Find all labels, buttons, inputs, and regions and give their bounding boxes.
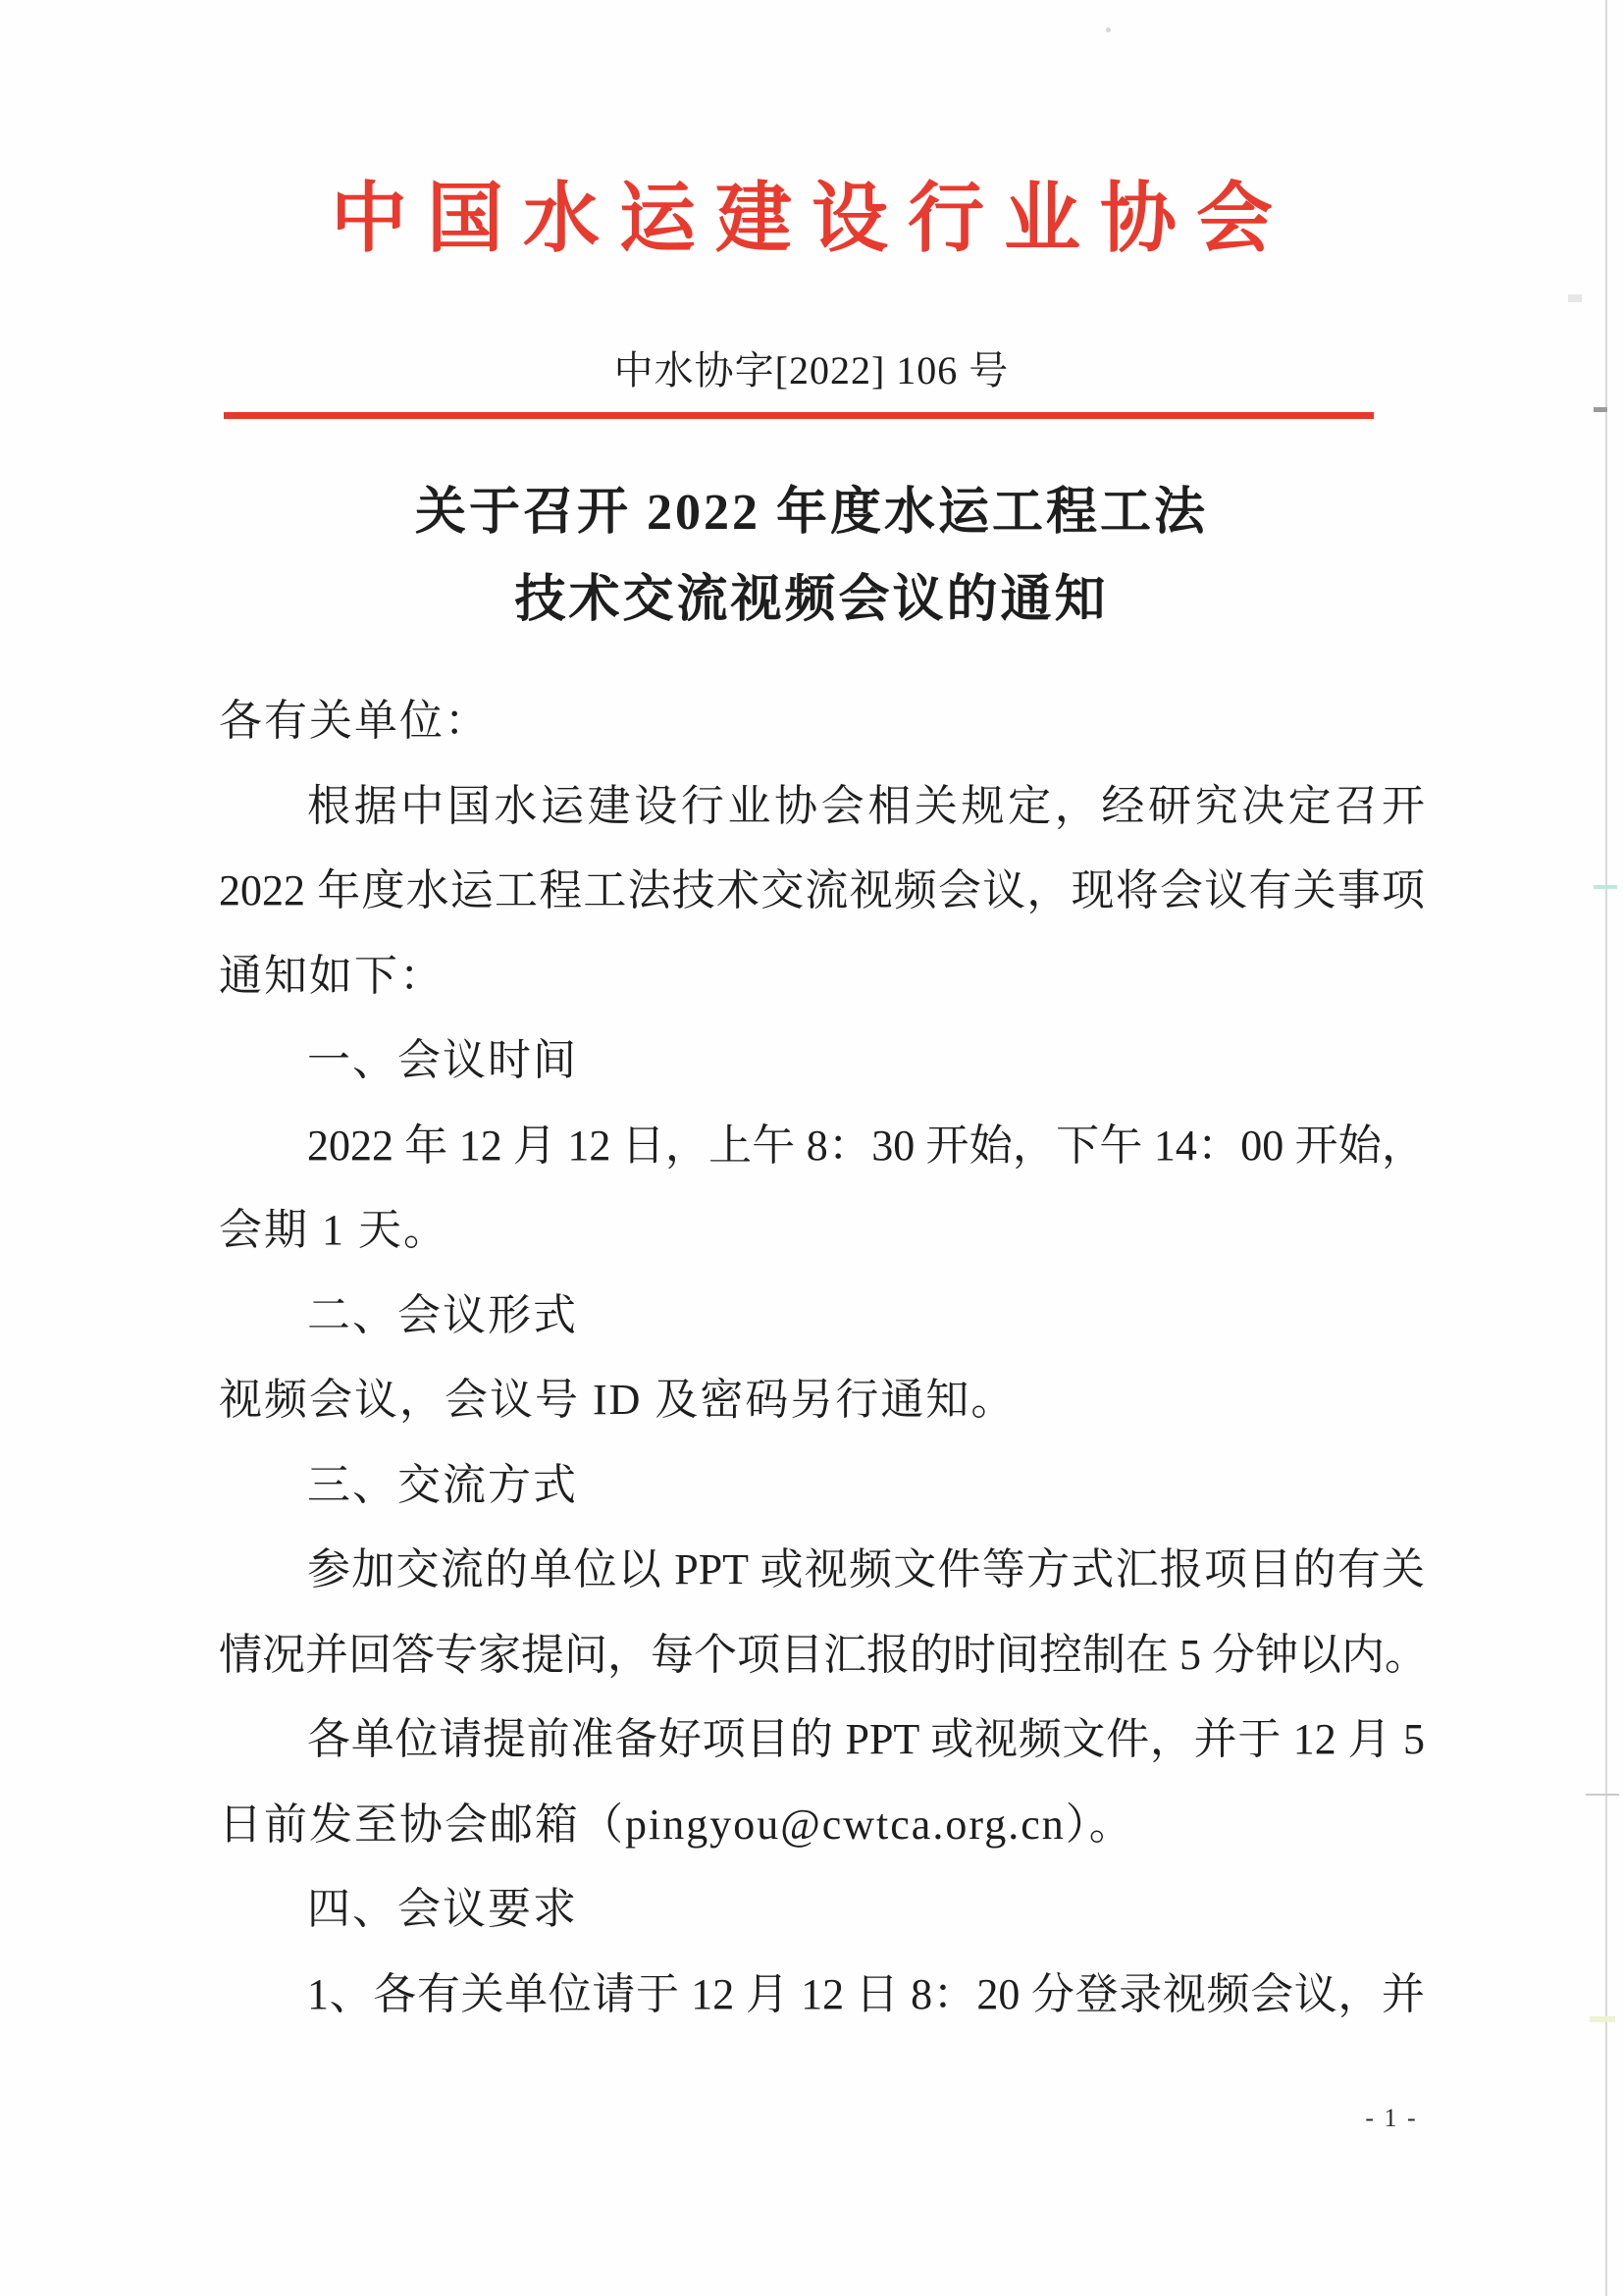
scan-artifact <box>1594 407 1607 412</box>
body-line-intro-2: 2022 年度水运工程工法技术交流视频会议，现将会议有关事项 <box>219 849 1425 934</box>
body-line-intro-1: 根据中国水运建设行业协会相关规定，经研究决定召开 <box>219 764 1425 850</box>
body-line-section-3-heading: 三、交流方式 <box>219 1443 1425 1529</box>
notice-title-line2: 技术交流视频会议的通知 <box>0 556 1623 644</box>
scan-artifact <box>1586 1794 1619 1796</box>
body-line-section-2-heading: 二、会议形式 <box>219 1274 1425 1359</box>
scan-fold-line-artifact <box>1605 0 1607 2296</box>
body-line-salutation: 各有关单位： <box>219 679 1425 764</box>
scanned-notice-page: 中国水运建设行业协会 中水协字[2022] 106 号 关于召开 2022 年度… <box>0 0 1623 2296</box>
body-line-section-4-text-1: 1、各有关单位请于 12 月 12 日 8：20 分登录视频会议，并 <box>219 1953 1425 2038</box>
scan-artifact <box>1568 294 1582 302</box>
org-title: 中国水运建设行业协会 <box>0 157 1623 267</box>
body-line-section-1-text-2: 会期 1 天。 <box>219 1188 1425 1274</box>
body-line-section-3-text-3: 各单位请提前准备好项目的 PPT 或视频文件，并于 12 月 5 <box>219 1697 1425 1783</box>
body-line-section-3-text-2: 情况并回答专家提问，每个项目汇报的时间控制在 5 分钟以内。 <box>219 1613 1425 1698</box>
body-line-section-3-text-1: 参加交流的单位以 PPT 或视频文件等方式汇报项目的有关 <box>219 1528 1425 1613</box>
body-line-section-2-text: 视频会议，会议号 ID 及密码另行通知。 <box>219 1358 1425 1443</box>
scan-artifact <box>1590 2016 1615 2022</box>
scan-artifact <box>1106 27 1111 32</box>
doc-number: 中水协字[2022] 106 号 <box>0 339 1623 395</box>
body-line-section-1-text-1: 2022 年 12 月 12 日，上午 8：30 开始，下午 14：00 开始， <box>219 1104 1425 1189</box>
scan-artifact <box>1594 885 1617 889</box>
notice-title: 关于召开 2022 年度水运工程工法 技术交流视频会议的通知 <box>0 469 1623 644</box>
red-divider-rule <box>224 412 1374 419</box>
body-line-section-3-text-4: 日前发至协会邮箱（pingyou@cwtca.org.cn）。 <box>219 1783 1425 1868</box>
notice-title-line1: 关于召开 2022 年度水运工程工法 <box>0 469 1623 556</box>
body-line-section-1-heading: 一、会议时间 <box>219 1018 1425 1104</box>
page-number: - 1 - <box>1356 2104 1427 2133</box>
notice-body: 各有关单位： 根据中国水运建设行业协会相关规定，经研究决定召开 2022 年度水… <box>219 679 1425 2037</box>
body-line-section-4-heading: 四、会议要求 <box>219 1867 1425 1953</box>
body-line-intro-3: 通知如下： <box>219 934 1425 1019</box>
